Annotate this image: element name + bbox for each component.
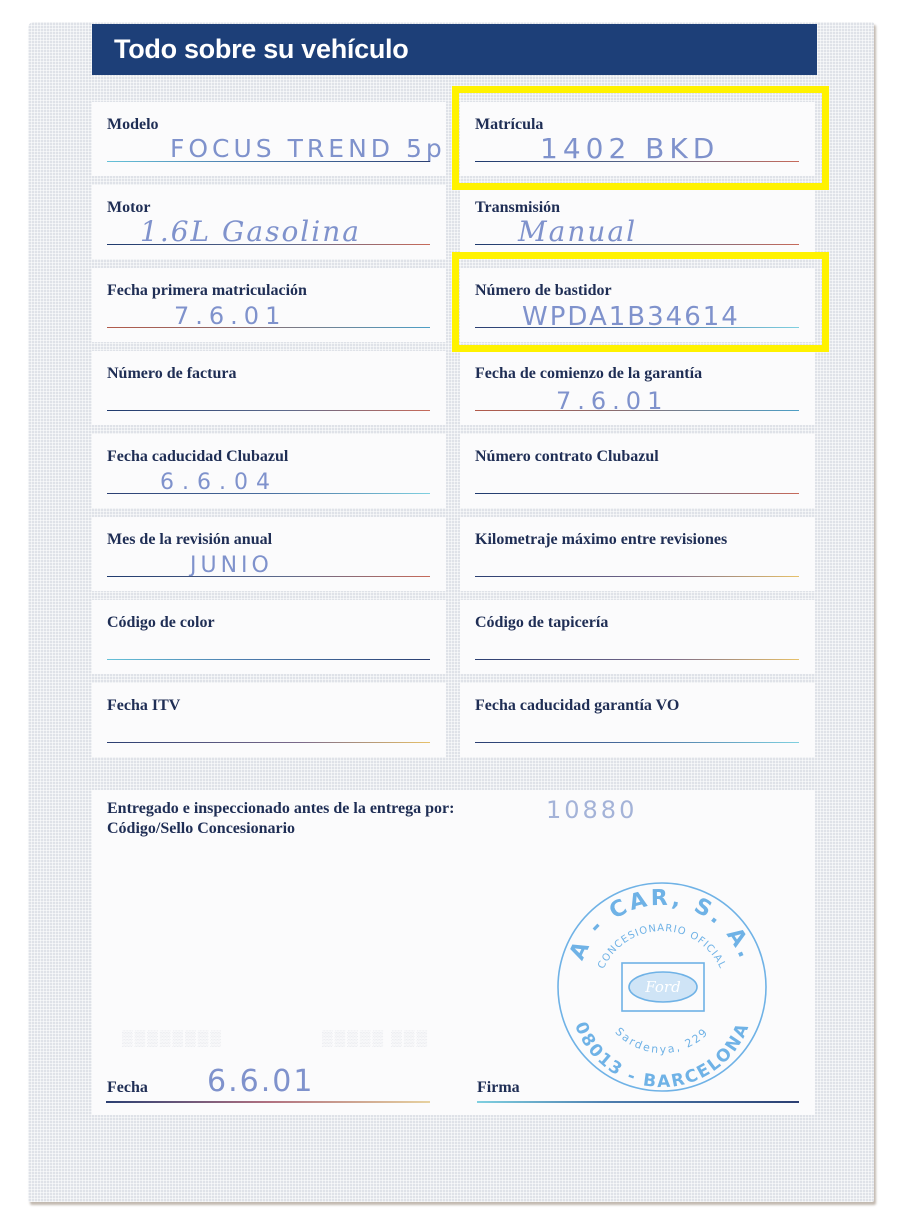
- field-value: JUNIO: [190, 553, 273, 578]
- field-codigo-tapiceria[interactable]: Código de tapicería: [460, 600, 815, 674]
- field-numero-factura[interactable]: Número de factura: [92, 351, 446, 425]
- field-underline: [475, 659, 799, 661]
- field-value: FOCUS TREND 5p: [170, 134, 446, 163]
- field-label: Número de factura: [107, 365, 236, 383]
- field-label: Fecha caducidad garantía VO: [475, 697, 679, 715]
- stamp-brand: Ford: [644, 978, 680, 996]
- faint-show-through: ▒▒▒▒▒ ▒▒▒: [322, 1030, 429, 1047]
- field-label: Código de tapicería: [475, 614, 608, 632]
- field-label: Kilometraje máximo entre revisiones: [475, 531, 727, 549]
- field-underline: [475, 410, 799, 412]
- field-underline: [107, 576, 430, 578]
- field-underline: [107, 742, 430, 744]
- field-underline: [107, 493, 430, 495]
- field-label: Modelo: [107, 116, 159, 134]
- field-underline: [475, 493, 799, 495]
- page-title: Todo sobre su vehículo: [114, 34, 408, 65]
- field-label: Fecha caducidad Clubazul: [107, 448, 288, 466]
- highlight-numero-bastidor: [452, 252, 829, 352]
- delivery-label-line1: Entregado e inspeccionado antes de la en…: [107, 800, 454, 818]
- field-fecha-caducidad-garantia-vo[interactable]: Fecha caducidad garantía VO: [460, 683, 815, 757]
- faint-show-through: ▒▒▒▒▒▒▒▒: [122, 1030, 223, 1047]
- fecha-label: Fecha: [107, 1079, 148, 1097]
- field-underline: [475, 742, 799, 744]
- field-motor[interactable]: Motor 1.6L Gasolina: [92, 185, 446, 259]
- dealer-stamp: Ford A - CAR, S. A. CONCESIONARIO OFICIA…: [550, 877, 775, 1095]
- svg-text:Sardenya, 229: Sardenya, 229: [613, 1025, 712, 1056]
- field-underline: [107, 659, 430, 661]
- field-label: Número contrato Clubazul: [475, 448, 659, 466]
- field-underline: [107, 244, 430, 246]
- header-band: Todo sobre su vehículo: [92, 24, 817, 75]
- field-numero-contrato-clubazul[interactable]: Número contrato Clubazul: [460, 434, 815, 508]
- field-underline: [107, 327, 430, 329]
- field-transmision[interactable]: Transmisión Manual: [460, 185, 815, 259]
- field-fecha-caducidad-clubazul[interactable]: Fecha caducidad Clubazul 6.6.04: [92, 434, 446, 508]
- field-fecha-primera-matriculacion[interactable]: Fecha primera matriculación 7.6.01: [92, 268, 446, 342]
- field-modelo[interactable]: Modelo FOCUS TREND 5p: [92, 102, 446, 176]
- fecha-underline: [106, 1101, 430, 1103]
- field-underline: [475, 576, 799, 578]
- highlight-matricula: [452, 86, 829, 190]
- field-codigo-color[interactable]: Código de color: [92, 600, 446, 674]
- firma-label: Firma: [477, 1079, 520, 1097]
- field-value: 6.6.04: [160, 470, 278, 495]
- field-label: Código de color: [107, 614, 215, 632]
- field-underline: [107, 410, 430, 412]
- field-underline: [107, 161, 430, 163]
- firma-underline: [477, 1101, 799, 1103]
- field-underline: [475, 244, 799, 246]
- field-mes-revision-anual[interactable]: Mes de la revisión anual JUNIO: [92, 517, 446, 591]
- field-fecha-comienzo-garantia[interactable]: Fecha de comienzo de la garantía 7.6.01: [460, 351, 815, 425]
- field-label: Fecha primera matriculación: [107, 282, 307, 300]
- field-kilometraje-maximo[interactable]: Kilometraje máximo entre revisiones: [460, 517, 815, 591]
- field-fecha-itv[interactable]: Fecha ITV: [92, 683, 446, 757]
- field-label: Fecha de comienzo de la garantía: [475, 365, 702, 383]
- field-label: Fecha ITV: [107, 697, 180, 715]
- field-label: Mes de la revisión anual: [107, 531, 272, 549]
- fecha-value[interactable]: 6.6.01: [207, 1064, 314, 1099]
- delivery-label-line2: Código/Sello Concesionario: [107, 820, 295, 838]
- dealer-code[interactable]: 10880: [546, 796, 637, 824]
